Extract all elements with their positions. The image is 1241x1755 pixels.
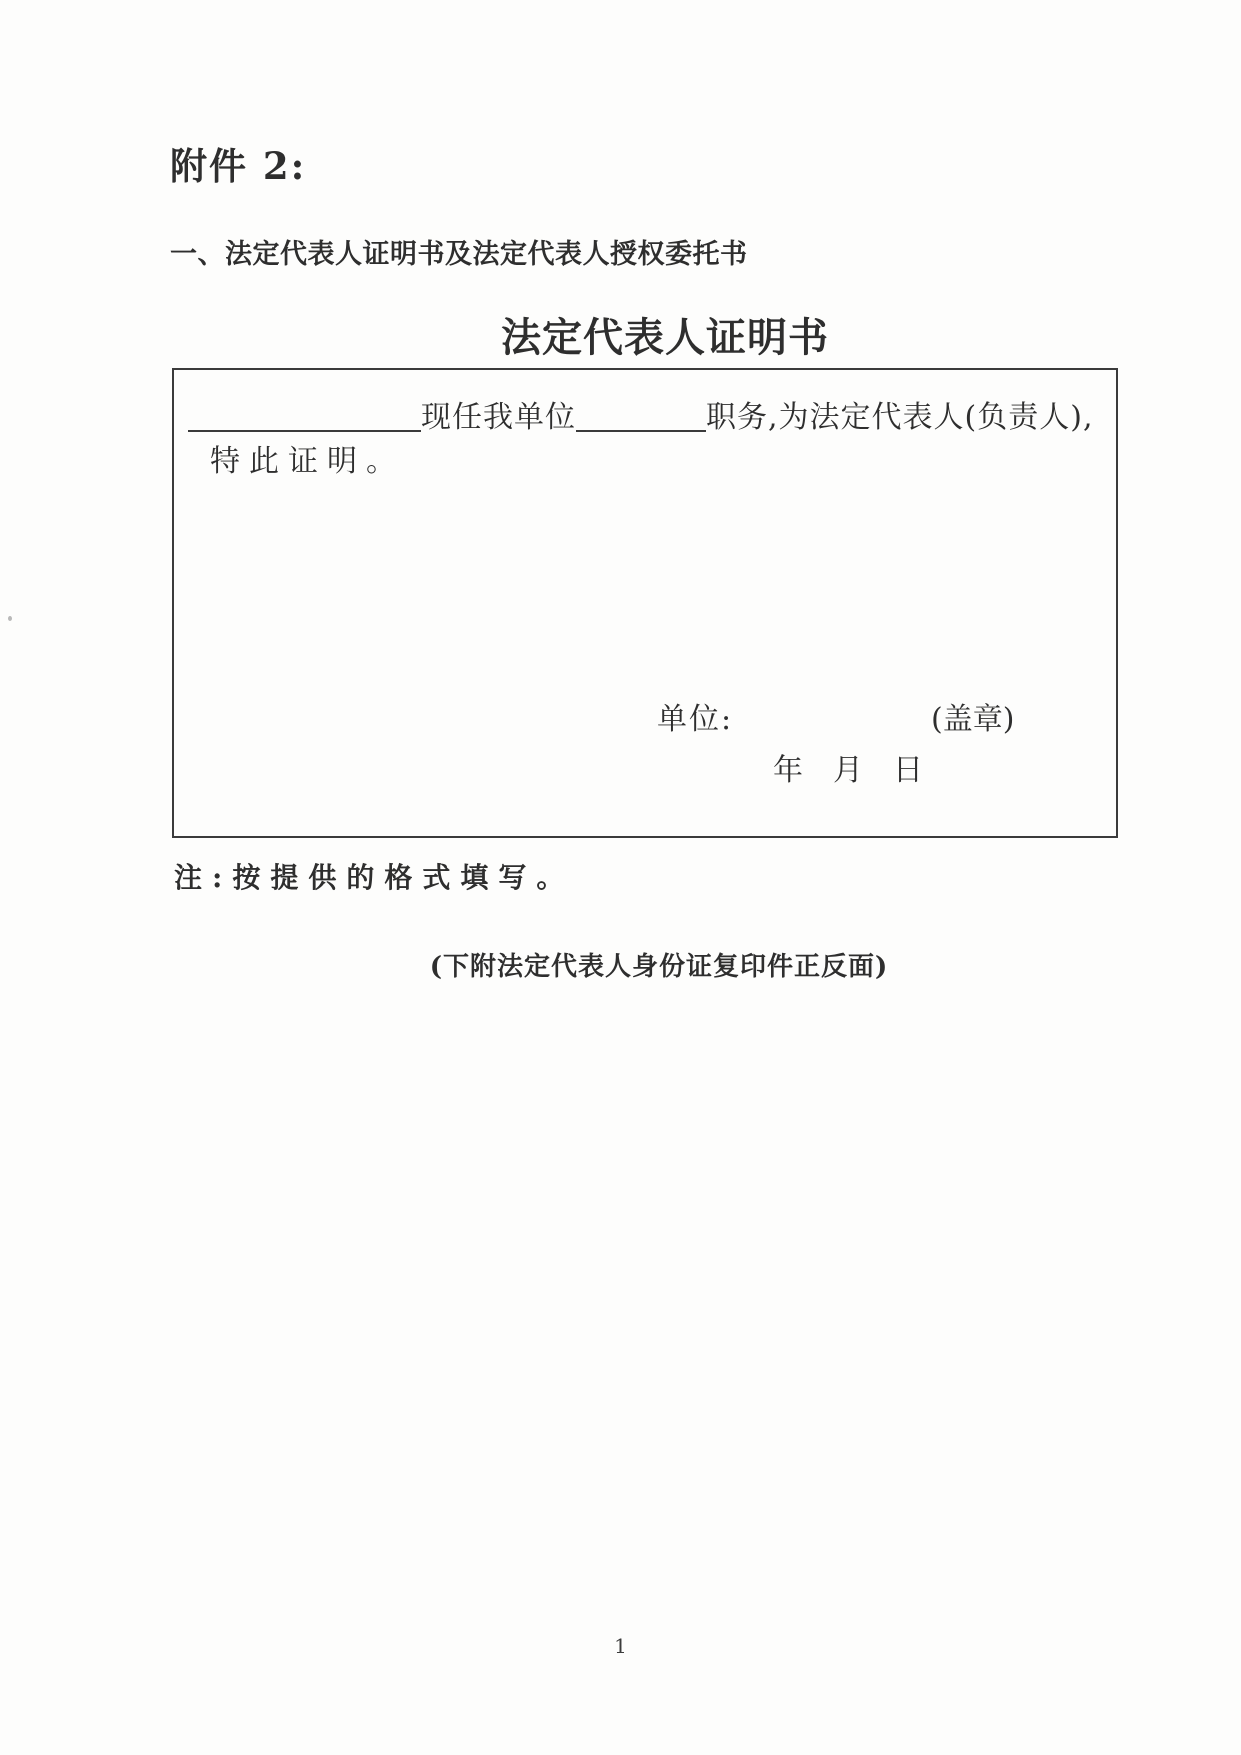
document-page: 附件 2: 一、法定代表人证明书及法定代表人授权委托书 法定代表人证明书 现任我…: [0, 0, 1241, 1755]
seal-label: (盖章): [931, 694, 1014, 738]
certificate-body-line2: 特此证明。: [210, 436, 405, 480]
certificate-title: 法定代表人证明书: [172, 306, 1118, 363]
scan-artifact-dot: [8, 616, 12, 621]
attachment-label: 附件 2:: [170, 136, 306, 190]
unit-label: 单位:: [657, 694, 733, 738]
certificate-box: 现任我单位职务,为法定代表人(负责人), 特此证明。 单位: (盖章) 年 月 …: [172, 368, 1118, 838]
date-year-label: 年: [773, 745, 803, 789]
date-month-label: 月: [833, 745, 863, 789]
page-number: 1: [0, 1634, 1241, 1658]
line1-text-duty: 职务,为法定代表人(负责人),: [706, 400, 1093, 435]
format-note: 注:按提供的格式填写。: [174, 856, 574, 896]
id-copy-note: (下附法定代表人身份证复印件正反面): [172, 946, 1118, 983]
certificate-body-line1: 现任我单位职务,为法定代表人(负责人),: [188, 392, 1093, 436]
position-blank-field: [576, 402, 706, 432]
line1-text-current-position: 现任我单位: [421, 400, 576, 435]
date-day-label: 日: [893, 745, 923, 789]
name-blank-field: [188, 402, 421, 432]
section-heading: 一、法定代表人证明书及法定代表人授权委托书: [170, 232, 748, 271]
